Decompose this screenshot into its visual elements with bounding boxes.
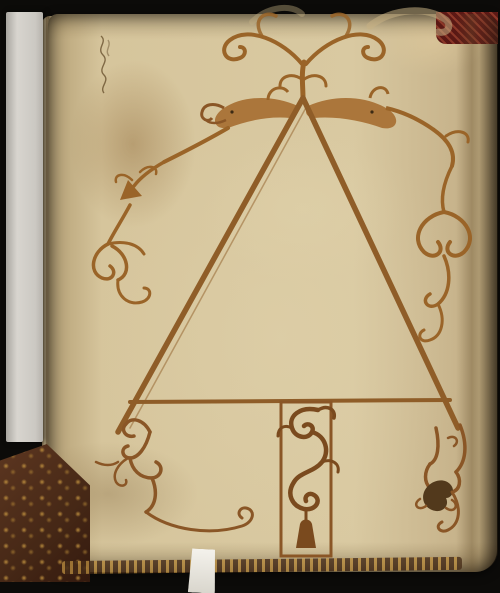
left-tendril-ornament (93, 128, 228, 303)
left-dragon-figure (202, 88, 299, 128)
right-beast-figure (416, 425, 465, 531)
pyramid-outline (118, 98, 458, 432)
left-beast-figure (96, 420, 252, 531)
vertical-inscription (101, 36, 109, 93)
apex-foliage-ornament (224, 8, 449, 98)
manuscript-photo (0, 0, 500, 593)
right-dragon-figure (306, 88, 434, 130)
stem-scroll-ornament (278, 402, 338, 556)
ink-drawing-layer (0, 0, 500, 593)
right-tendril-ornament (418, 130, 470, 341)
